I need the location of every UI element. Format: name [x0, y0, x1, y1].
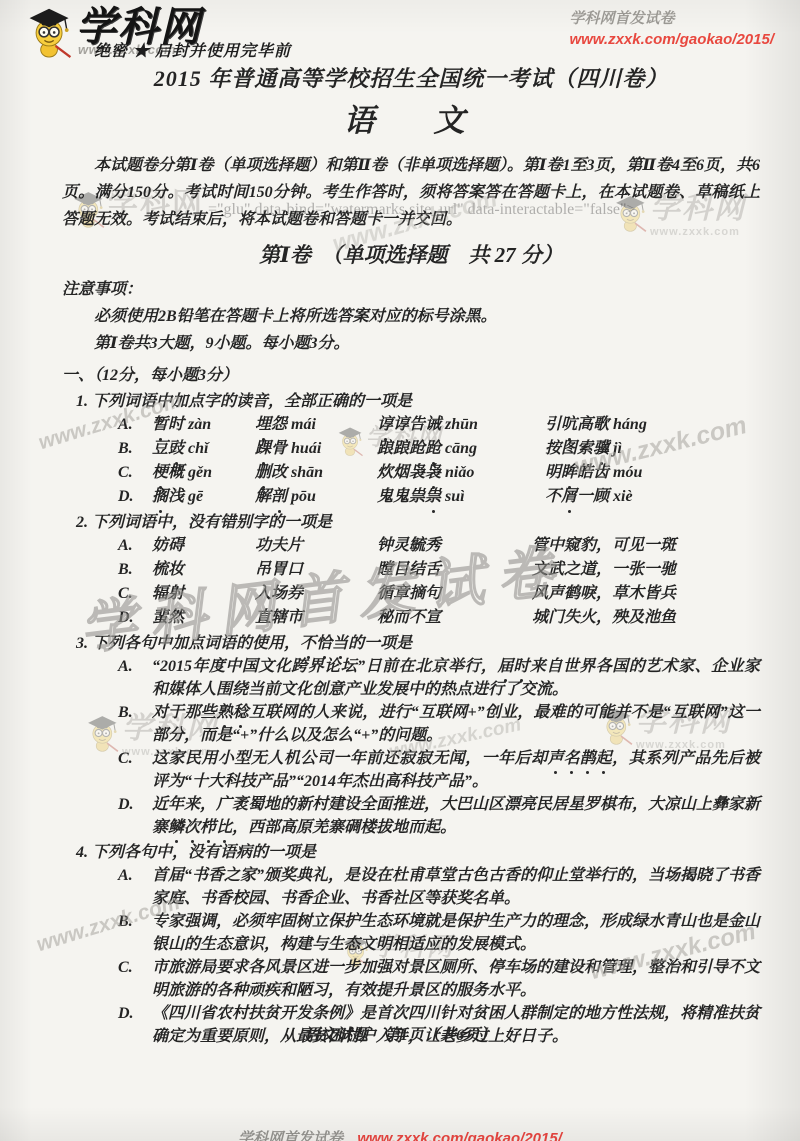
option-cell: 炊烟袅袅 niǎo [377, 461, 545, 485]
option-cell: 瞠目结舌 [377, 558, 532, 582]
option-cell: 循章摘句 [377, 582, 532, 606]
option-text: 市旅游局要求各风景区进一步加强对景区厕所、停车场的建设和管理，整治和引导不文明旅… [152, 956, 760, 1002]
question-3-stem: 3. 下列各句中加点词语的使用，不恰当的一项是 [76, 632, 760, 655]
question-3-option-d: D. 近年来，广袤蜀地的新村建设全面推进，大巴山区漂亮民居星罗棋布，大凉山上彝家… [118, 793, 760, 839]
option-text: 这家民用小型无人机公司一年前还寂寂无闻，一年后却声名鹊起，其系列产品先后被评为“… [152, 747, 760, 793]
option-label: B. [118, 701, 152, 747]
option-cell: 解剖 pōu [255, 485, 377, 509]
question-4-option-c: C. 市旅游局要求各风景区进一步加强对景区厕所、停车场的建设和管理，整治和引导不… [118, 956, 760, 1002]
footer-page-number: 语文试题 第1页（共6页） [0, 1022, 800, 1045]
option-cell: 梳妆 [152, 558, 255, 582]
question-3-option-a: A. “2015年度中国文化跨界论坛”日前在北京举行，届时来自世界各国的艺术家、… [118, 655, 760, 701]
publisher-block: 学科网首发试卷 www.zxxk.com/gaokao/2015/ [569, 8, 774, 50]
secret-label: 绝密 ★ 启封并使用完毕前 [94, 38, 291, 61]
option-cell: 吊胃口 [255, 558, 377, 582]
option-label: A. [118, 655, 152, 701]
question-2-option-c: C. 辐射 入场券 循章摘句 风声鹤唳，草木皆兵 [118, 582, 760, 606]
option-cell: 直辖市 [255, 606, 377, 630]
question-2-option-d: D. 蜚然 直辖市 秘而不宣 城门失火，殃及池鱼 [118, 606, 760, 630]
question-1-stem: 1. 下列词语中加点字的读音，全部正确的一项是 [76, 390, 760, 413]
part1-heading: 一、（12分，每小题3分） [62, 364, 760, 388]
option-cell: 明眸皓齿 móu [545, 461, 760, 485]
option-cell: 入场券 [255, 582, 377, 606]
option-cell: 暂时 zàn [152, 413, 255, 437]
option-text: 专家强调，必须牢固树立保护生态环境就是保护生产力的理念，形成绿水青山也是金山银山… [152, 910, 760, 956]
option-cell: 钟灵毓秀 [377, 534, 532, 558]
publisher-label: 学科网首发试卷 [569, 8, 774, 29]
option-cell: 搁浅 gē [152, 485, 255, 509]
zxxk-mascot-icon [24, 3, 76, 61]
option-label: B. [118, 558, 152, 582]
question-2-option-a: A. 妨碍 功夫片 钟灵毓秀 管中窥豹，可见一斑 [118, 534, 760, 558]
option-cell: 辐射 [152, 582, 255, 606]
question-2-stem: 2. 下列词语中，没有错别字的一项是 [76, 511, 760, 534]
question-4-option-b: B. 专家强调，必须牢固树立保护生态环境就是保护生产力的理念，形成绿水青山也是金… [118, 910, 760, 956]
option-label: B. [118, 437, 152, 461]
option-label: B. [118, 910, 152, 956]
option-cell: 踉踉跄跄 cāng [377, 437, 545, 461]
option-label: D. [118, 606, 152, 630]
option-cell: 引吭高歌 háng [545, 413, 760, 437]
option-cell: 文武之道，一张一驰 [532, 558, 760, 582]
option-label: D. [118, 485, 152, 509]
option-cell: 豆豉 chǐ [152, 437, 255, 461]
option-label: C. [118, 747, 152, 793]
option-cell: 秘而不宣 [377, 606, 532, 630]
option-label: D. [118, 793, 152, 839]
question-4: 4. 下列各句中，没有语病的一项是 A. 首届“书香之家”颁奖典礼，是设在杜甫草… [62, 841, 760, 1048]
subject-title: 语 文 [62, 102, 760, 140]
publisher-url: www.zxxk.com/gaokao/2015/ [569, 29, 774, 50]
option-text: “2015年度中国文化跨界论坛”日前在北京举行，届时来自世界各国的艺术家、企业家… [152, 655, 760, 701]
option-label: A. [118, 413, 152, 437]
option-cell: 蜚然 [152, 606, 255, 630]
option-cell: 梗概 gěn [152, 461, 255, 485]
option-text: 对于那些熟稔互联网的人来说，进行“互联网+”创业，最难的可能并不是“互联网”这一… [152, 701, 760, 747]
option-cell: 埋怨 mái [255, 413, 377, 437]
section1-heading: 第Ⅰ卷 （单项选择题 共 27 分） [62, 240, 760, 270]
option-text: 近年来，广袤蜀地的新村建设全面推进，大巴山区漂亮民居星罗棋布，大凉山上彝家新寨鳞… [152, 793, 760, 839]
option-label: C. [118, 956, 152, 1002]
question-1-option-d: D. 搁浅 gē 解剖 pōu 鬼鬼祟祟 suì 不屑一顾 xiè [118, 485, 760, 509]
option-text: 首届“书香之家”颁奖典礼，是设在杜甫草堂古色古香的仰止堂举行的，当场揭晓了书香家… [152, 864, 760, 910]
question-1: 1. 下列词语中加点字的读音，全部正确的一项是 A. 暂时 zàn 埋怨 mái… [62, 390, 760, 509]
option-cell: 妨碍 [152, 534, 255, 558]
question-2-option-b: B. 梳妆 吊胃口 瞠目结舌 文武之道，一张一驰 [118, 558, 760, 582]
question-2: 2. 下列词语中，没有错别字的一项是 A. 妨碍 功夫片 钟灵毓秀 管中窥豹，可… [62, 511, 760, 630]
question-3-option-c: C. 这家民用小型无人机公司一年前还寂寂无闻，一年后却声名鹊起，其系列产品先后被… [118, 747, 760, 793]
question-1-option-a: A. 暂时 zàn 埋怨 mái 谆谆告诫 zhūn 引吭高歌 háng [118, 413, 760, 437]
option-cell: 按图索骥 jì [545, 437, 760, 461]
intro-paragraph: 本试题卷分第Ⅰ卷（单项选择题）和第Ⅱ卷（非单项选择题）。第Ⅰ卷1至3页，第Ⅱ卷4… [62, 152, 760, 233]
notes-title: 注意事项： [62, 276, 760, 303]
option-cell: 踝骨 huái [255, 437, 377, 461]
option-label: C. [118, 461, 152, 485]
note-item: 第Ⅰ卷共3大题，9小题。每小题3分。 [62, 330, 760, 357]
option-cell: 管中窥豹，可见一斑 [532, 534, 760, 558]
option-cell: 城门失火，殃及池鱼 [532, 606, 760, 630]
question-3-option-b: B. 对于那些熟稔互联网的人来说，进行“互联网+”创业，最难的可能并不是“互联网… [118, 701, 760, 747]
bottom-banner-url: www.zxxk.com/gaokao/2015/ [357, 1130, 562, 1141]
question-4-stem: 4. 下列各句中，没有语病的一项是 [76, 841, 760, 864]
exam-paper-page: 学科网 ="glu" data-bind="watermarks.site_ur… [0, 0, 800, 1141]
doc-title: 2015 年普通高等学校招生全国统一考试（四川卷） [62, 66, 760, 92]
option-cell: 删改 shān [255, 461, 377, 485]
option-cell: 不屑一顾 xiè [545, 485, 760, 509]
option-cell: 鬼鬼祟祟 suì [377, 485, 545, 509]
option-label: A. [118, 534, 152, 558]
bottom-banner: 学科网首发试卷 www.zxxk.com/gaokao/2015/ [238, 1127, 562, 1141]
question-1-option-b: B. 豆豉 chǐ 踝骨 huái 踉踉跄跄 cāng 按图索骥 jì [118, 437, 760, 461]
option-cell: 功夫片 [255, 534, 377, 558]
option-label: A. [118, 864, 152, 910]
paper-body: 2015 年普通高等学校招生全国统一考试（四川卷） 语 文 本试题卷分第Ⅰ卷（单… [62, 0, 760, 1048]
option-cell: 风声鹤唳，草木皆兵 [532, 582, 760, 606]
question-3: 3. 下列各句中加点词语的使用，不恰当的一项是 A. “2015年度中国文化跨界… [62, 632, 760, 839]
bottom-banner-label: 学科网首发试卷 [238, 1130, 343, 1141]
option-label: C. [118, 582, 152, 606]
note-item: 必须使用2B铅笔在答题卡上将所选答案对应的标号涂黑。 [62, 303, 760, 330]
question-1-option-c: C. 梗概 gěn 删改 shān 炊烟袅袅 niǎo 明眸皓齿 móu [118, 461, 760, 485]
option-cell: 谆谆告诫 zhūn [377, 413, 545, 437]
question-4-option-a: A. 首届“书香之家”颁奖典礼，是设在杜甫草堂古色古香的仰止堂举行的，当场揭晓了… [118, 864, 760, 910]
